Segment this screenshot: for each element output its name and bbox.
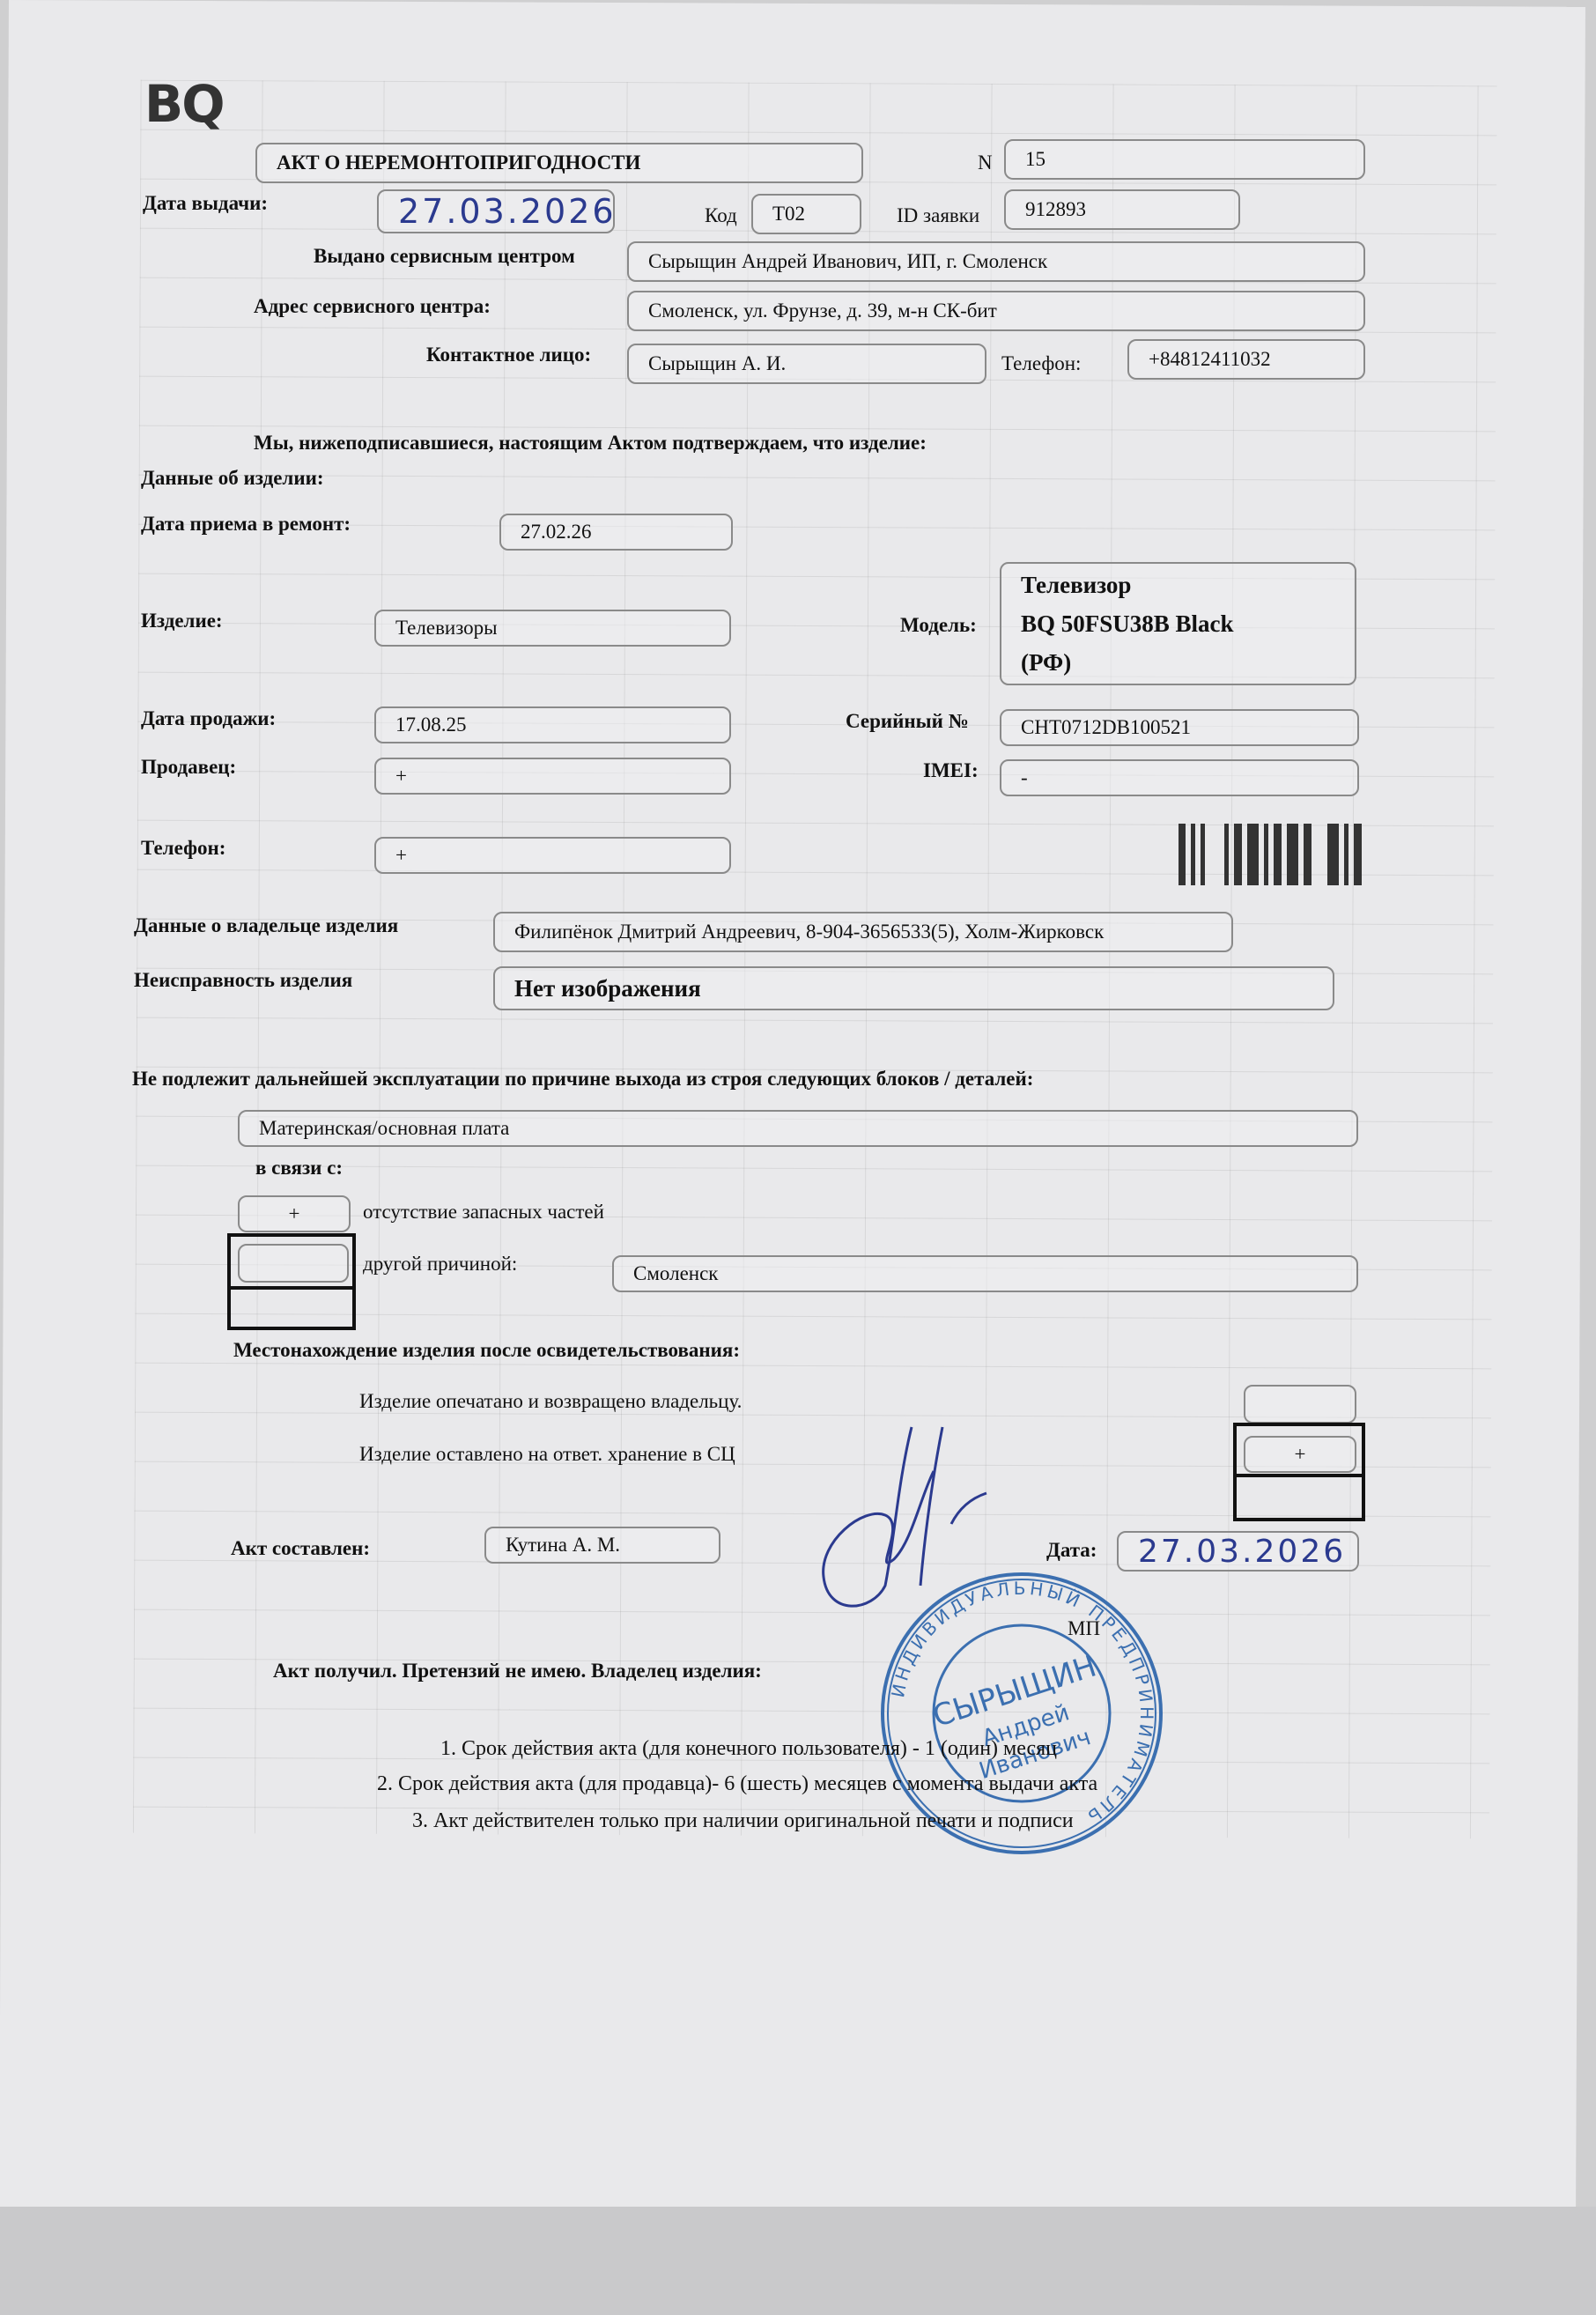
sale-date-label: Дата продажи: xyxy=(141,707,276,730)
product-phone-label: Телефон: xyxy=(141,837,225,860)
compiled-date-field[interactable]: 27.03.2026 xyxy=(1117,1531,1359,1572)
compiled-by-label: Акт составлен: xyxy=(231,1537,370,1560)
brand-logo: BQ xyxy=(144,74,224,134)
no-parts-checkbox[interactable]: + xyxy=(238,1195,351,1232)
model-field[interactable]: Телевизор BQ 50FSU38B Black (РФ) xyxy=(1000,562,1356,685)
product-phone-field[interactable]: + xyxy=(374,837,731,874)
issue-date-field[interactable]: 27.03.2026 xyxy=(377,189,615,233)
product-section-label: Данные об изделии: xyxy=(141,467,323,490)
number-label: N xyxy=(978,152,993,174)
serial-field[interactable]: CHT0712DB100521 xyxy=(1000,709,1359,746)
returned-checkbox[interactable] xyxy=(1244,1385,1356,1424)
model-line-1: Телевизор xyxy=(1021,566,1131,604)
number-field[interactable]: 15 xyxy=(1004,139,1365,180)
item-field[interactable]: Телевизоры xyxy=(374,610,731,647)
owner-field[interactable]: Филипёнок Дмитрий Андреевич, 8-904-36565… xyxy=(493,912,1233,952)
intro-statement: Мы, нижеподписавшиеся, настоящим Актом п… xyxy=(254,432,927,455)
stored-label: Изделие оставлено на ответ. хранение в С… xyxy=(359,1443,735,1466)
note-3: 3. Акт действителен только при наличии о… xyxy=(412,1809,1074,1833)
issued-by-field[interactable]: Сырыщин Андрей Иванович, ИП, г. Смоленск xyxy=(627,241,1365,282)
request-id-field[interactable]: 912893 xyxy=(1004,189,1240,230)
note-1: 1. Срок действия акта (для конечного пол… xyxy=(440,1737,1057,1761)
code-field[interactable]: T02 xyxy=(751,194,861,234)
contact-field[interactable]: Сырыщин А. И. xyxy=(627,344,986,384)
imei-label: IMEI: xyxy=(923,759,979,782)
request-id-label: ID заявки xyxy=(897,204,979,227)
seller-label: Продавец: xyxy=(141,756,236,779)
frame-divider xyxy=(1233,1474,1365,1477)
code-label: Код xyxy=(705,204,737,227)
issued-by-label: Выдано сервисным центром xyxy=(314,245,575,268)
sc-phone-label: Телефон: xyxy=(1001,352,1081,375)
compiled-by-field[interactable]: Кутина А. М. xyxy=(484,1527,720,1564)
imei-field[interactable]: - xyxy=(1000,759,1359,796)
returned-label: Изделие опечатано и возвращено владельцу… xyxy=(359,1390,742,1413)
frame-divider xyxy=(227,1286,356,1290)
barcode xyxy=(1179,824,1362,885)
table-surface xyxy=(0,2207,1596,2315)
received-date-label: Дата приема в ремонт: xyxy=(141,513,351,536)
other-reason-field[interactable]: Смоленск xyxy=(612,1255,1358,1292)
item-label: Изделие: xyxy=(141,610,223,632)
model-line-2: BQ 50FSU38B Black xyxy=(1021,604,1234,643)
location-heading: Местонахождение изделия после освидетель… xyxy=(233,1339,740,1362)
defect-label: Неисправность изделия xyxy=(134,969,352,992)
sale-date-field[interactable]: 17.08.25 xyxy=(374,706,731,743)
stored-checkbox[interactable]: + xyxy=(1244,1436,1356,1473)
contact-label: Контактное лицо: xyxy=(426,344,591,366)
owner-label: Данные о владельце изделия xyxy=(134,914,398,937)
no-parts-label: отсутствие запасных частей xyxy=(363,1201,604,1224)
address-field[interactable]: Смоленск, ул. Фрунзе, д. 39, м-н СК-бит xyxy=(627,291,1365,331)
defect-field[interactable]: Нет изображения xyxy=(493,966,1334,1010)
model-line-3: (РФ) xyxy=(1021,643,1071,682)
address-label: Адрес сервисного центра: xyxy=(254,295,491,318)
document-title: АКТ О НЕРЕМОНТОПРИГОДНОСТИ xyxy=(255,143,863,183)
sc-phone-field[interactable]: +84812411032 xyxy=(1127,339,1365,380)
compiled-date-label: Дата: xyxy=(1046,1539,1097,1562)
other-reason-checkbox[interactable] xyxy=(238,1244,349,1283)
received-date-field[interactable]: 27.02.26 xyxy=(499,514,733,551)
failure-heading: Не подлежит дальнейшей эксплуатации по п… xyxy=(132,1068,1033,1091)
reason-label: в связи с: xyxy=(255,1157,343,1180)
received-statement: Акт получил. Претензий не имею. Владелец… xyxy=(273,1660,762,1683)
issue-date-label: Дата выдачи: xyxy=(143,192,268,215)
other-reason-label: другой причиной: xyxy=(363,1253,517,1276)
failed-part-field[interactable]: Материнская/основная плата xyxy=(238,1110,1358,1147)
model-label: Модель: xyxy=(900,614,977,637)
serial-label: Серийный № xyxy=(846,710,969,733)
seller-field[interactable]: + xyxy=(374,758,731,795)
note-2: 2. Срок действия акта (для продавца)- 6 … xyxy=(377,1772,1097,1796)
